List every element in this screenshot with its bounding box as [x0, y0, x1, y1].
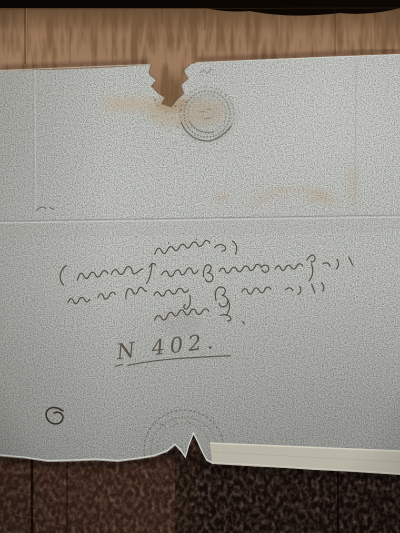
- letter-photograph: N 402.: [0, 0, 400, 533]
- vignette-overlay: [0, 0, 400, 533]
- photo-canvas: N 402.: [0, 0, 400, 533]
